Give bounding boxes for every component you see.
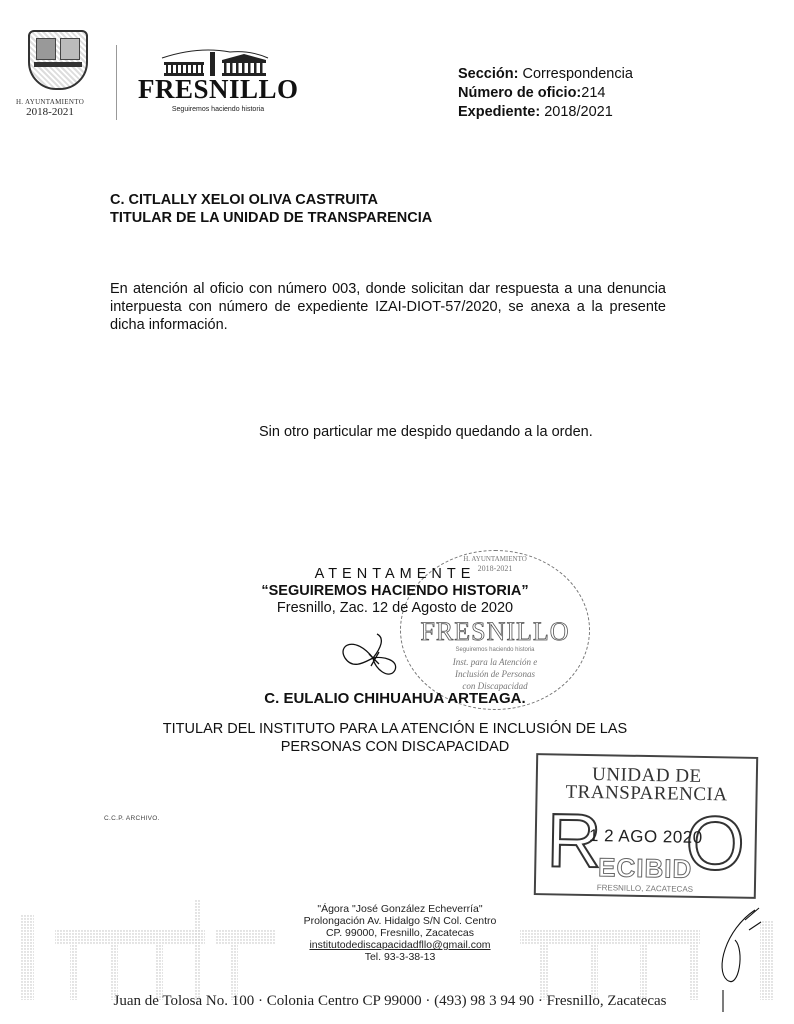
motto: “SEGUIREMOS HACIENDO HISTORIA” bbox=[200, 583, 590, 600]
oficio-row: Número de oficio:214 bbox=[458, 84, 633, 103]
logo-tagline: Seguiremos haciendo historia bbox=[138, 106, 298, 113]
received-stamp: UNIDAD DE TRANSPARENCIA R O 1 2 AGO 2020… bbox=[534, 753, 758, 899]
place-date: Fresnillo, Zac. 12 de Agosto de 2020 bbox=[200, 600, 590, 617]
footer-bottom-line: Juan de Tolosa No. 100 · Colonia Centro … bbox=[90, 993, 690, 1010]
closing-line: Sin otro particular me despido quedando … bbox=[259, 424, 593, 440]
seal-line-1: Inst. para la Atención e bbox=[401, 657, 589, 667]
document-meta: Sección: Correspondencia Número de ofici… bbox=[458, 65, 633, 122]
expediente-value: 2018/2021 bbox=[540, 104, 613, 120]
footer-address-line-3: CP. 99000, Fresnillo, Zacatecas bbox=[250, 927, 550, 939]
shield-icon bbox=[28, 30, 88, 90]
oficio-value: 214 bbox=[581, 85, 605, 101]
signer-title-line-1: TITULAR DEL INSTITUTO PARA LA ATENCIÓN E… bbox=[120, 720, 670, 738]
salutation: ATENTAMENTE bbox=[200, 566, 590, 583]
seal-top-text: H. AYUNTAMIENTO bbox=[401, 555, 589, 563]
coat-caption: H. AYUNTAMIENTO bbox=[0, 98, 100, 106]
footer-email-link[interactable]: institutodediscapacidadfllo@gmail.com bbox=[250, 939, 550, 951]
handwritten-signature-icon bbox=[335, 630, 405, 680]
expediente-label: Expediente: bbox=[458, 104, 540, 120]
recipient-block: C. CITLALLY XELOI OLIVA CASTRUITA TITULA… bbox=[110, 191, 432, 227]
seal-wordmark: FRESNILLO bbox=[401, 617, 589, 647]
stamp-received-text: ECIBID bbox=[536, 851, 755, 886]
ccp-note: C.C.P. ARCHIVO. bbox=[104, 815, 160, 822]
footer-address: "Ágora "José González Echeverría" Prolon… bbox=[250, 903, 550, 963]
coat-years: 2018-2021 bbox=[0, 106, 100, 118]
body-paragraph: En atención al oficio con número 003, do… bbox=[110, 280, 666, 334]
stamp-date: 1 2 AGO 2020 bbox=[537, 825, 755, 849]
signature-block: ATENTAMENTE “SEGUIREMOS HACIENDO HISTORI… bbox=[200, 566, 590, 617]
signer-title: TITULAR DEL INSTITUTO PARA LA ATENCIÓN E… bbox=[120, 720, 670, 756]
fresnillo-skyline-logo-icon bbox=[158, 48, 270, 76]
recipient-name: C. CITLALLY XELOI OLIVA CASTRUITA bbox=[110, 191, 432, 209]
footer-address-line-1: "Ágora "José González Echeverría" bbox=[250, 903, 550, 915]
signer-name: C. EULALIO CHIHUAHUA ARTEAGA. bbox=[200, 690, 590, 707]
footer-address-line-2: Prolongación Av. Hidalgo S/N Col. Centro bbox=[250, 915, 550, 927]
seal-tagline: Seguiremos haciendo historia bbox=[401, 647, 589, 653]
logo-wordmark: FRESNILLO bbox=[138, 74, 298, 105]
section-label: Sección: bbox=[458, 66, 518, 82]
footer-phone: Tel. 93-3-38-13 bbox=[250, 951, 550, 963]
seal-line-2: Inclusión de Personas bbox=[401, 669, 589, 679]
handwritten-initials-icon bbox=[715, 900, 765, 1015]
expediente-row: Expediente: 2018/2021 bbox=[458, 103, 633, 122]
header-divider bbox=[116, 45, 117, 120]
section-value: Correspondencia bbox=[518, 66, 632, 82]
section-row: Sección: Correspondencia bbox=[458, 65, 633, 84]
oficio-label: Número de oficio: bbox=[458, 85, 581, 101]
recipient-title: TITULAR DE LA UNIDAD DE TRANSPARENCIA bbox=[110, 209, 432, 227]
fresnillo-logo: FRESNILLO Seguiremos haciendo historia bbox=[138, 48, 298, 123]
